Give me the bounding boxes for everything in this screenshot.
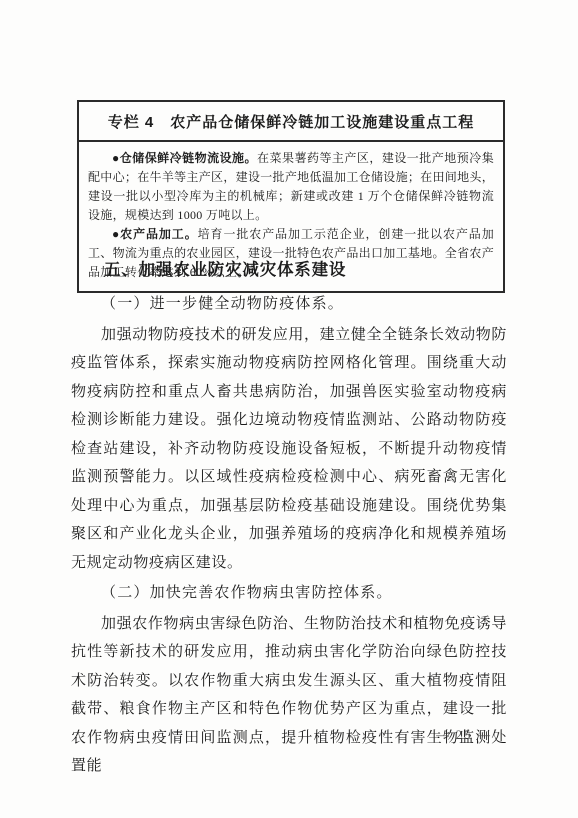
subsection-2-paragraph: 加强农作物病虫害绿色防治、生物防治技术和植物免疫诱导抗性等新技术的研发应用，推动… (71, 610, 507, 781)
document-page: 专栏 4 农产品仓储保鲜冷链加工设施建设重点工程 ●仓储保鲜冷链物流设施。在菜果… (0, 0, 578, 818)
subsection-1-paragraph: 加强动物防疫技术的研发应用，建立健全全链条长效动物防疫监管体系，探索实施动物疫病… (71, 321, 507, 578)
subsection-1-heading: （一）进一步健全动物防疫体系。 (71, 290, 507, 319)
bullet-lead-processing: ●农产品加工。 (112, 227, 198, 241)
page-number: — 25 — (436, 728, 492, 743)
column-box-title: 专栏 4 农产品仓储保鲜冷链加工设施建设重点工程 (79, 102, 503, 142)
subsection-2-heading: （二）加快完善农作物病虫害防控体系。 (71, 579, 507, 608)
bullet-lead-storage: ●仓储保鲜冷链物流设施。 (112, 151, 257, 165)
column-box-item: ●仓储保鲜冷链物流设施。在菜果薯药等主产区，建设一批产地预冷集配中心；在牛羊等主… (88, 149, 494, 225)
section-heading: 五、加强农业防灾减灾体系建设 (71, 256, 507, 284)
main-text-area: 五、加强农业防灾减灾体系建设 （一）进一步健全动物防疫体系。 加强动物防疫技术的… (71, 256, 507, 783)
